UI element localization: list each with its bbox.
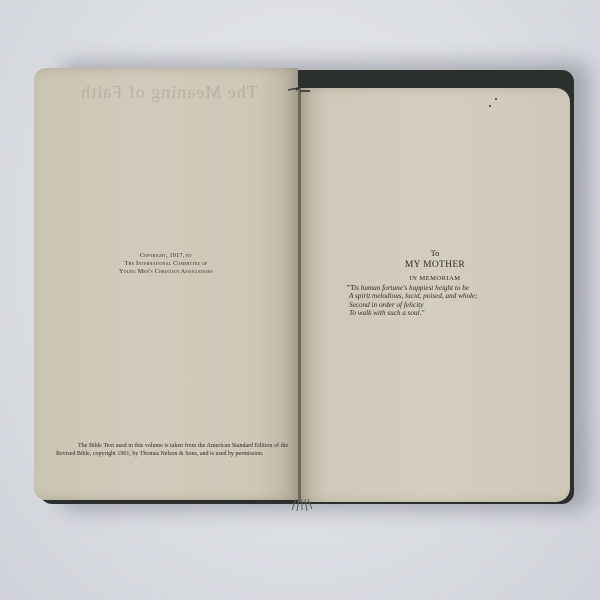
bleed-through-title: The Meaning of Faith xyxy=(54,82,284,103)
copyright-notice: Copyright, 1917, by The International Co… xyxy=(34,252,298,276)
dedication-poem: "'Tis human fortune's happiest height to… xyxy=(346,284,478,318)
copyright-line: Copyright, 1917, by xyxy=(34,252,298,260)
book-gutter xyxy=(298,86,301,502)
dedication-to: To xyxy=(300,248,570,259)
dedication: To MY MOTHER IN MEMORIAM xyxy=(300,248,570,284)
in-memoriam: IN MEMORIAM xyxy=(300,274,570,284)
copyright-line: Young Men's Christian Associations xyxy=(34,268,298,276)
frayed-spine-top xyxy=(286,82,312,92)
left-page: The Meaning of Faith Copyright, 1917, by… xyxy=(34,68,298,500)
poem-line: To walk with such a soul." xyxy=(346,309,478,317)
frayed-spine-bottom xyxy=(290,498,314,512)
copyright-line: The International Committee of xyxy=(34,260,298,268)
right-page: To MY MOTHER IN MEMORIAM "'Tis human for… xyxy=(300,88,570,502)
poem-line: A spirit melodious, lucid, poised, and w… xyxy=(346,292,478,300)
poem-line: Second in order of felicity xyxy=(346,301,478,309)
dedicatee: MY MOTHER xyxy=(300,259,570,271)
poem-line: "'Tis human fortune's happiest height to… xyxy=(346,284,478,292)
bible-text-note: The Bible Text used in this volume is ta… xyxy=(56,442,288,458)
ink-speck xyxy=(495,98,497,100)
ink-speck xyxy=(489,105,491,107)
